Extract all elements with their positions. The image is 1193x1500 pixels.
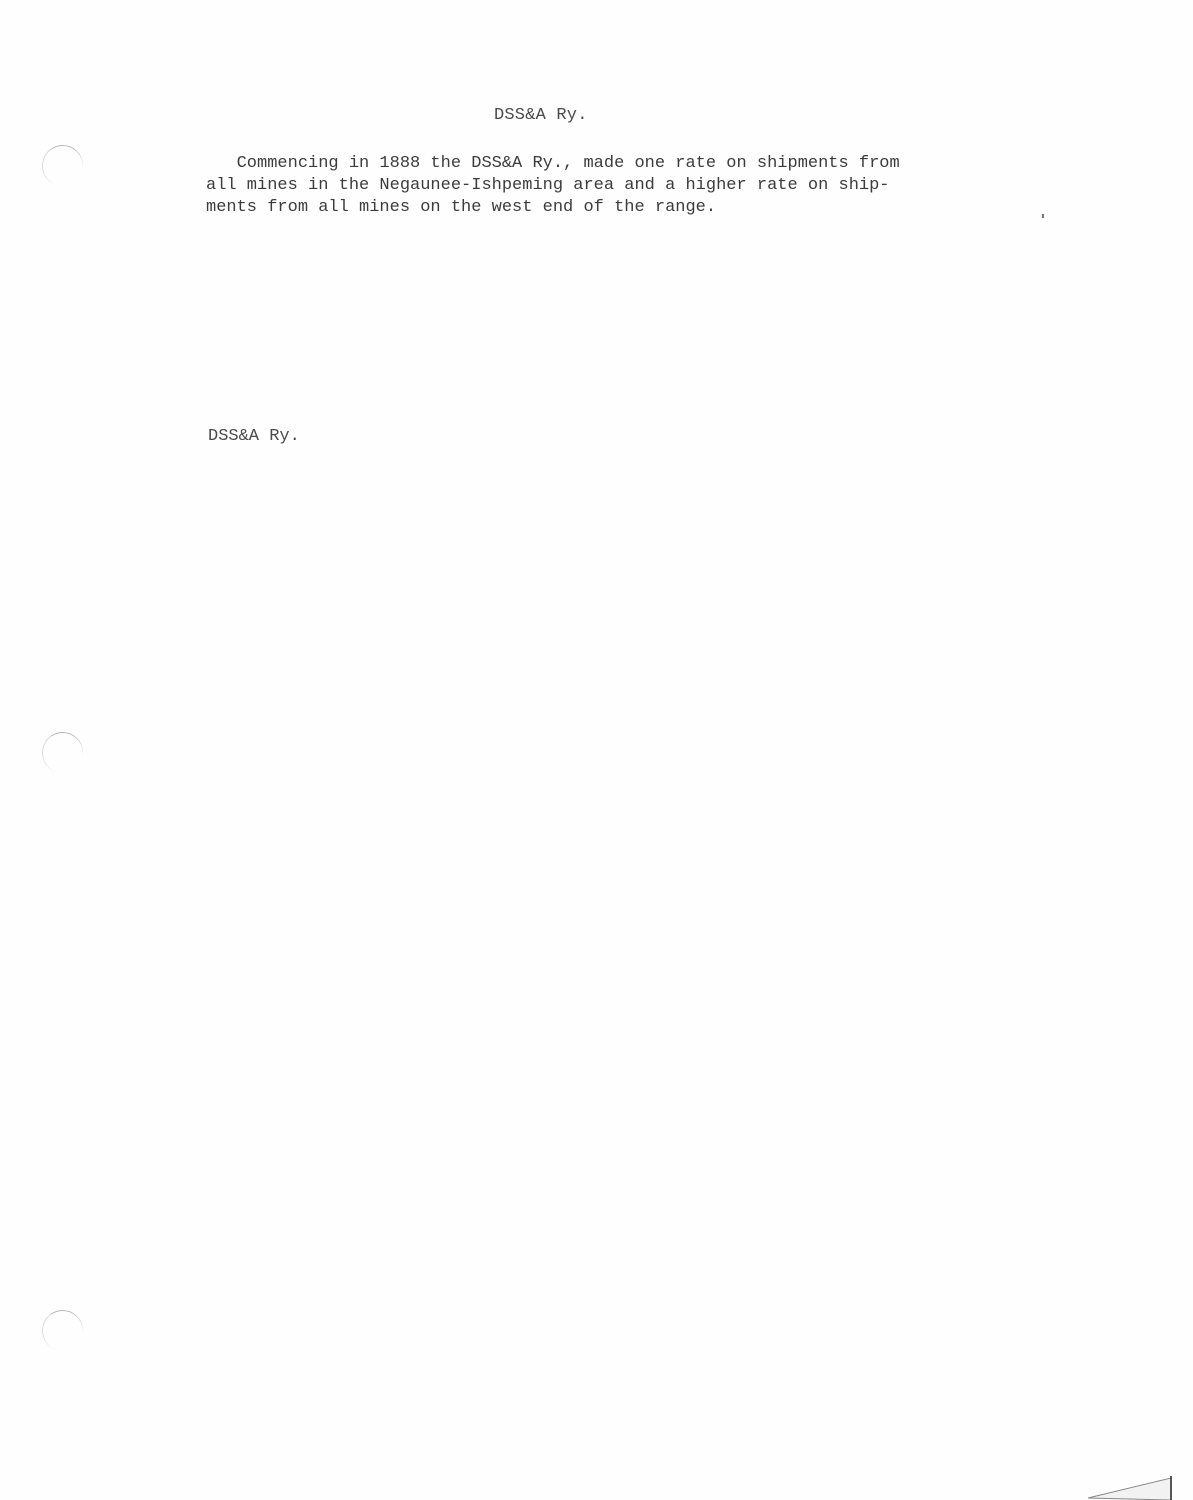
document-page: DSS&A Ry. Commencing in 1888 the DSS&A R…	[0, 0, 1193, 1500]
punch-hole-top	[39, 142, 86, 189]
paragraph-line-2: all mines in the Negaunee-Ishpeming area…	[206, 175, 1006, 197]
stray-mark	[1042, 214, 1044, 218]
paragraph-line-3: ments from all mines on the west end of …	[206, 197, 1006, 219]
punch-hole-middle	[39, 729, 86, 776]
page-heading: DSS&A Ry.	[494, 106, 588, 125]
page-curl-corner	[1083, 1470, 1173, 1500]
paragraph-line-1: Commencing in 1888 the DSS&A Ry., made o…	[206, 153, 1006, 175]
section-subheading: DSS&A Ry.	[208, 427, 300, 446]
body-paragraph: Commencing in 1888 the DSS&A Ry., made o…	[206, 153, 1006, 219]
punch-hole-bottom	[39, 1307, 86, 1354]
